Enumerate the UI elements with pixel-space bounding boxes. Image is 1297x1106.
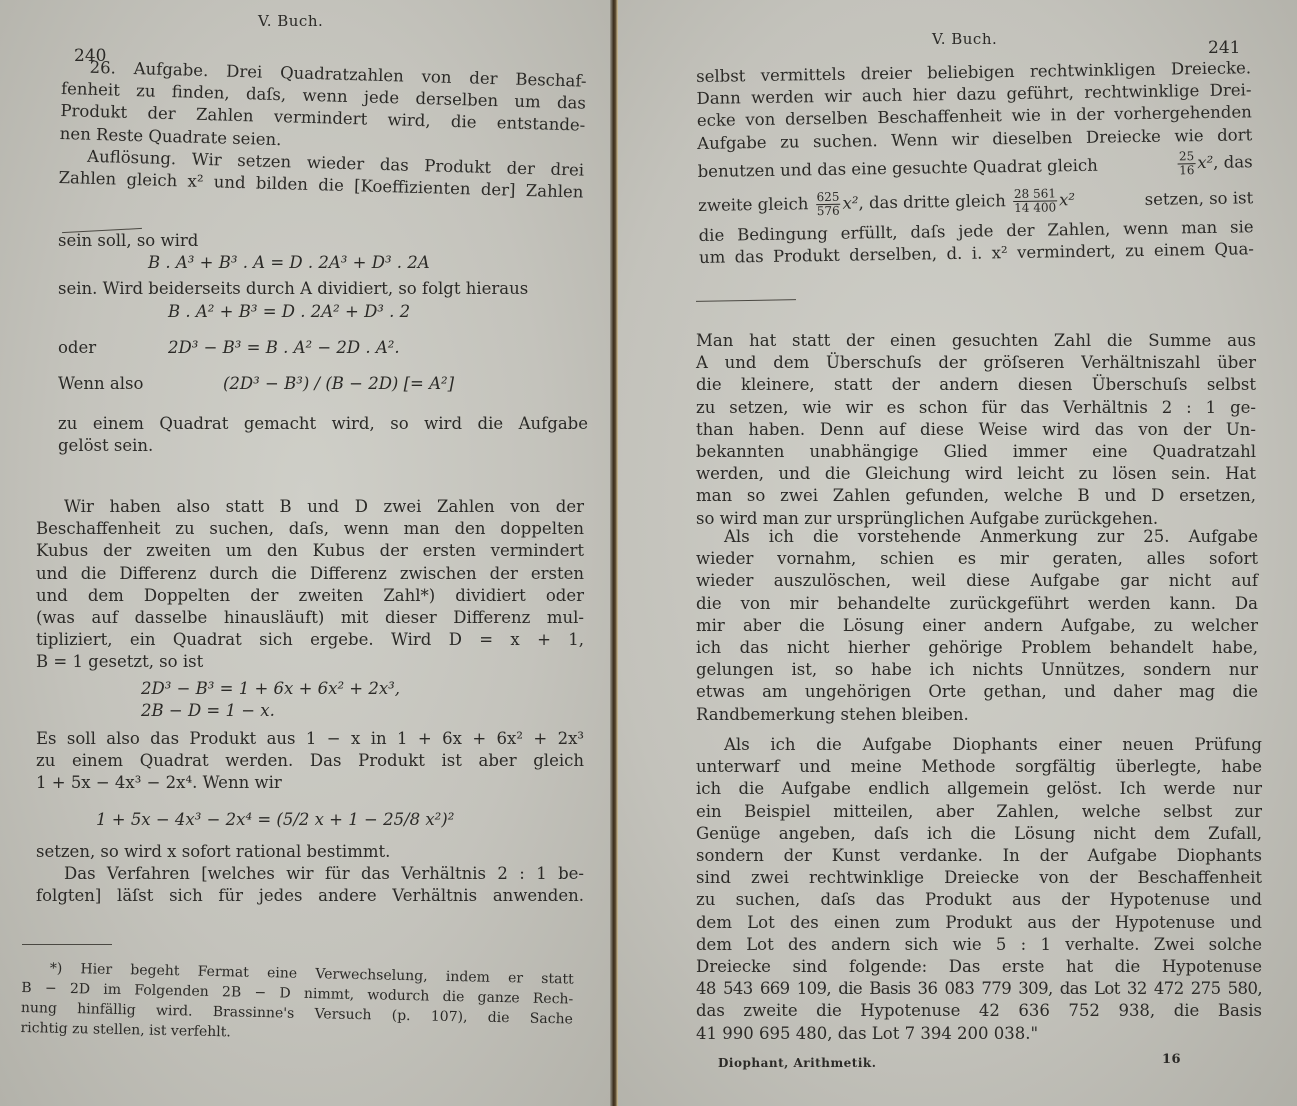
signature-number: 16 bbox=[1162, 1052, 1181, 1067]
fraction-625-576: 625576 bbox=[815, 191, 840, 218]
text-line: sein soll, so wird bbox=[58, 230, 588, 252]
running-head-left: V. Buch. bbox=[258, 12, 323, 30]
text-segment: , das bbox=[1213, 153, 1253, 173]
text-segment: zweite gleich bbox=[698, 195, 809, 216]
text-line: ein Beispiel mitteilen, aber Zahlen, wel… bbox=[696, 801, 1262, 823]
text-line: sind zwei rechtwinklige Dreiecke von der… bbox=[696, 867, 1262, 889]
equation: 2D³ − B³ = B . A² − 2D . A². bbox=[168, 337, 400, 359]
text-line: zu einem Quadrat werden. Das Produkt ist… bbox=[36, 750, 584, 772]
text-line: Randbemerkung stehen bleiben. bbox=[696, 704, 1258, 726]
text-line: dem Lot des andern sich wie 5 : 1 verhal… bbox=[696, 934, 1262, 956]
text-line: zu suchen, daſs das Produkt aus der Hypo… bbox=[696, 889, 1262, 911]
footnote: *) Hier begeht Fermat eine Verwechselung… bbox=[20, 958, 574, 1050]
body-paragraph: Als ich die Aufgabe Diophants einer neue… bbox=[696, 734, 1262, 1045]
text-line: und dem Doppelten der zweiten Zahl*) div… bbox=[36, 585, 584, 607]
text-segment: setzen, so ist bbox=[1145, 187, 1254, 211]
text-line: dem Lot des einen zum Produkt aus der Hy… bbox=[696, 912, 1262, 934]
text-line: B = 1 gesetzt, so ist bbox=[36, 651, 584, 673]
text-line: die von mir behandelte zurückgeführt wer… bbox=[696, 593, 1258, 615]
signature-mark: Diophant, Arithmetik. bbox=[718, 1056, 876, 1070]
text-line: than haben. Denn auf diese Weise wird da… bbox=[696, 419, 1256, 441]
fraction-28561-14400: 28 56114 400 bbox=[1013, 188, 1057, 216]
right-page: V. Buch. 241 selbst vermittels dreier be… bbox=[618, 0, 1297, 1106]
left-page: V. Buch. 240 26. Aufgabe. Drei Quadratza… bbox=[0, 0, 612, 1106]
continuation-paragraph: selbst vermittels dreier beliebigen rech… bbox=[696, 57, 1254, 269]
text-line: zu einem Quadrat gemacht wird, so wird d… bbox=[58, 413, 588, 435]
text-line: Als ich die Aufgabe Diophants einer neue… bbox=[696, 734, 1262, 756]
book-spread: V. Buch. 240 26. Aufgabe. Drei Quadratza… bbox=[0, 0, 1297, 1106]
text-label: Wenn also bbox=[58, 373, 223, 395]
text-line: 1 + 5x − 4x³ − 2x⁴. Wenn wir bbox=[36, 772, 584, 794]
text-line: gelöst sein. bbox=[58, 435, 588, 457]
math-x2: x² bbox=[842, 194, 858, 213]
text-line: gelungen ist, so habe ich nichts Unnütze… bbox=[696, 659, 1258, 681]
body-paragraph: Wir haben also statt B und D zwei Zahlen… bbox=[36, 496, 584, 907]
text-line: bekannten unabhängige Glied immer eine Q… bbox=[696, 441, 1256, 463]
fraction-25-16: 2516 bbox=[1178, 150, 1196, 177]
text-line: A und dem Überschuſs der gröſseren Verhä… bbox=[696, 352, 1256, 374]
text-line: Beschaffenheit zu suchen, daſs, wenn man… bbox=[36, 518, 584, 540]
body-paragraph: Als ich die vorstehende Anmerkung zur 25… bbox=[696, 526, 1258, 726]
page-number-right: 241 bbox=[1208, 38, 1240, 58]
derivation-block: sein soll, so wird B . A³ + B³ . A = D .… bbox=[58, 230, 588, 458]
text-line: wieder auszulöschen, weil diese Aufgabe … bbox=[696, 570, 1258, 592]
text-line: Kubus der zweiten um den Kubus der erste… bbox=[36, 540, 584, 562]
equation-fraction: (2D³ − B³) / (B − 2D) [= A²] bbox=[223, 373, 454, 395]
text-line: sein. Wird beiderseits durch A dividiert… bbox=[58, 278, 588, 300]
text-line: folgten] läſst sich für jedes andere Ver… bbox=[36, 885, 584, 907]
text-segment: benutzen und das eine gesuchte Quadrat g… bbox=[697, 154, 1098, 182]
footnote-rule bbox=[22, 944, 112, 945]
text-line: man so zwei Zahlen gefunden, welche B un… bbox=[696, 485, 1256, 507]
math-x2: x² bbox=[1059, 190, 1075, 209]
insertion-rule bbox=[696, 299, 796, 302]
text-line: werden, und die Gleichung wird leicht zu… bbox=[696, 463, 1256, 485]
text-line: ich die Aufgabe endlich allgemein gelöst… bbox=[696, 778, 1262, 800]
text-line: 48 543 669 109, die Basis 36 083 779 309… bbox=[696, 978, 1262, 1000]
equation: 2D³ − B³ = 1 + 6x + 6x² + 2x³, bbox=[36, 678, 584, 700]
text-line: Dreiecke sind folgende: Das erste hat di… bbox=[696, 956, 1262, 978]
text-line: tipliziert, ein Quadrat sich ergebe. Wir… bbox=[36, 629, 584, 651]
equation: B . A³ + B³ . A = D . 2A³ + D³ . 2A bbox=[58, 252, 588, 274]
text-line: die kleinere, statt der andern diesen Üb… bbox=[696, 374, 1256, 396]
equation: B . A² + B³ = D . 2A² + D³ . 2 bbox=[58, 301, 588, 323]
text-line: etwas am ungehörigen Orte gethan, und da… bbox=[696, 681, 1258, 703]
body-paragraph: Man hat statt der einen gesuchten Zahl d… bbox=[696, 330, 1256, 530]
text-label: oder bbox=[58, 337, 168, 359]
text-line: 41 990 695 480, das Lot 7 394 200 038." bbox=[696, 1023, 1262, 1045]
text-line: Wir haben also statt B und D zwei Zahlen… bbox=[36, 496, 584, 518]
text-line: Genüge angeben, daſs ich die Lösung nich… bbox=[696, 823, 1262, 845]
text-line: und die Differenz durch die Differenz zw… bbox=[36, 563, 584, 585]
text-line: setzen, so wird x sofort rational bestim… bbox=[36, 841, 584, 863]
equation: 2B − D = 1 − x. bbox=[36, 700, 584, 722]
math-x2: x² bbox=[1197, 153, 1213, 172]
text-line: Man hat statt der einen gesuchten Zahl d… bbox=[696, 330, 1256, 352]
text-line: wieder vornahm, schien es mir geraten, a… bbox=[696, 548, 1258, 570]
running-head-right: V. Buch. bbox=[932, 30, 997, 48]
text-line: mir aber die Lösung einer andern Aufgabe… bbox=[696, 615, 1258, 637]
text-line: ich das nicht hierher gehörige Problem b… bbox=[696, 637, 1258, 659]
text-line: (was auf dasselbe hinausläuft) mit diese… bbox=[36, 607, 584, 629]
equation: 1 + 5x − 4x³ − 2x⁴ = (5/2 x + 1 − 25/8 x… bbox=[36, 809, 584, 831]
text-line: Es soll also das Produkt aus 1 − x in 1 … bbox=[36, 728, 584, 750]
text-line: Das Verfahren [welches wir für das Verhä… bbox=[36, 863, 584, 885]
text-line: das zweite die Hypotenuse 42 636 752 938… bbox=[696, 1000, 1262, 1022]
problem-26-heading-paragraph: 26. Aufgabe. Drei Quadratzahlen von der … bbox=[58, 56, 587, 204]
text-line: unterwarf und meine Methode sorgfältig ü… bbox=[696, 756, 1262, 778]
text-line: zu setzen, wie wir es schon für das Verh… bbox=[696, 397, 1256, 419]
text-segment: , das dritte gleich bbox=[858, 191, 1006, 212]
text-line: sondern der Kunst verdanke. In der Aufga… bbox=[696, 845, 1262, 867]
text-line: Als ich die vorstehende Anmerkung zur 25… bbox=[696, 526, 1258, 548]
